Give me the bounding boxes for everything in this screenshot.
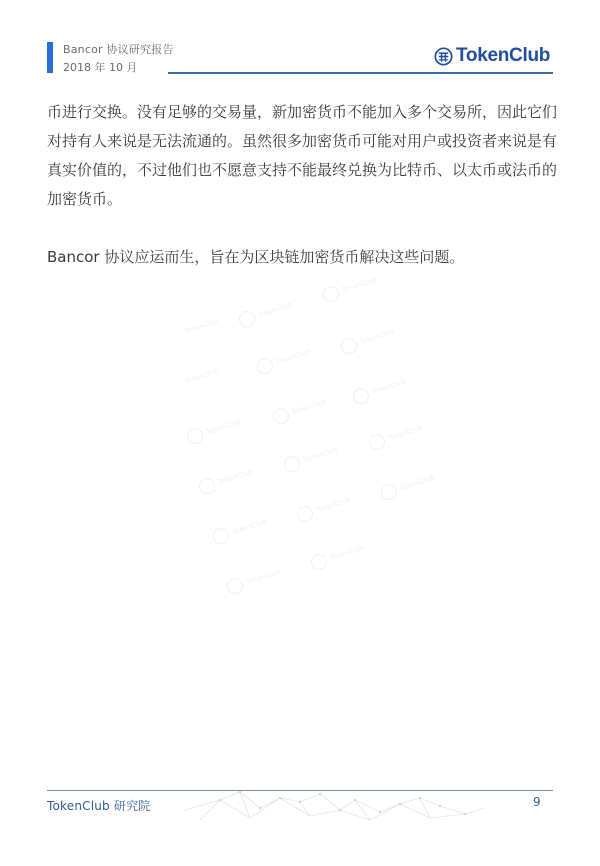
watermark: TokenClub: [282, 442, 340, 474]
network-decoration-icon: [180, 790, 490, 825]
paragraph: Bancor 协议应运而生，旨在为区块链加密货币解决这些问题。: [47, 243, 557, 272]
watermark: TokenClub: [237, 297, 295, 329]
watermark: TokenClub: [255, 344, 313, 376]
watermark: TokenClub: [309, 540, 367, 572]
watermark: TokenClub: [351, 374, 409, 406]
tokenclub-logo-icon: [211, 526, 231, 546]
report-title: Bancor 协议研究报告: [63, 41, 174, 57]
tokenclub-logo-icon: [185, 426, 205, 446]
tokenclub-logo-icon: [197, 476, 217, 496]
tokenclub-logo-icon: [237, 309, 257, 329]
footer-label: TokenClub 研究院: [47, 797, 151, 814]
watermark: TokenClub: [197, 464, 255, 496]
tokenclub-logo-icon: [282, 454, 302, 474]
watermark: TokenClub: [339, 324, 397, 356]
brand-name: TokenClub: [456, 45, 550, 67]
watermark: TokenClub: [184, 367, 220, 386]
watermark: TokenClub: [185, 414, 243, 446]
watermark: TokenClub: [225, 564, 283, 596]
tokenclub-logo-icon: [309, 552, 329, 572]
tokenclub-logo-icon: [367, 432, 387, 452]
tokenclub-logo-icon: [434, 47, 453, 66]
paragraph: 币进行交换。没有足够的交易量，新加密货币不能加入多个交易所，因此它们对持有人来说…: [47, 98, 557, 214]
watermark: TokenClub: [367, 420, 425, 452]
report-date: 2018 年 10 月: [63, 59, 137, 75]
header-divider: [168, 72, 553, 74]
watermark: TokenClub: [379, 470, 437, 502]
header-accent-bar: [47, 42, 53, 73]
watermark: TokenClub: [271, 394, 329, 426]
document-body: 币进行交换。没有足够的交易量，新加密货币不能加入多个交易所，因此它们对持有人来说…: [47, 98, 557, 301]
tokenclub-logo-icon: [225, 576, 245, 596]
tokenclub-logo-icon: [351, 386, 371, 406]
page-number: 9: [533, 795, 541, 809]
tokenclub-logo-icon: [255, 356, 275, 376]
tokenclub-logo-icon: [271, 406, 291, 426]
tokenclub-logo-icon: [339, 336, 359, 356]
tokenclub-logo-icon: [379, 482, 399, 502]
brand-logo: TokenClub: [434, 45, 550, 67]
watermark: TokenClub: [184, 317, 220, 336]
watermark: TokenClub: [295, 492, 353, 524]
tokenclub-logo-icon: [295, 504, 315, 524]
watermark: TokenClub: [211, 514, 269, 546]
